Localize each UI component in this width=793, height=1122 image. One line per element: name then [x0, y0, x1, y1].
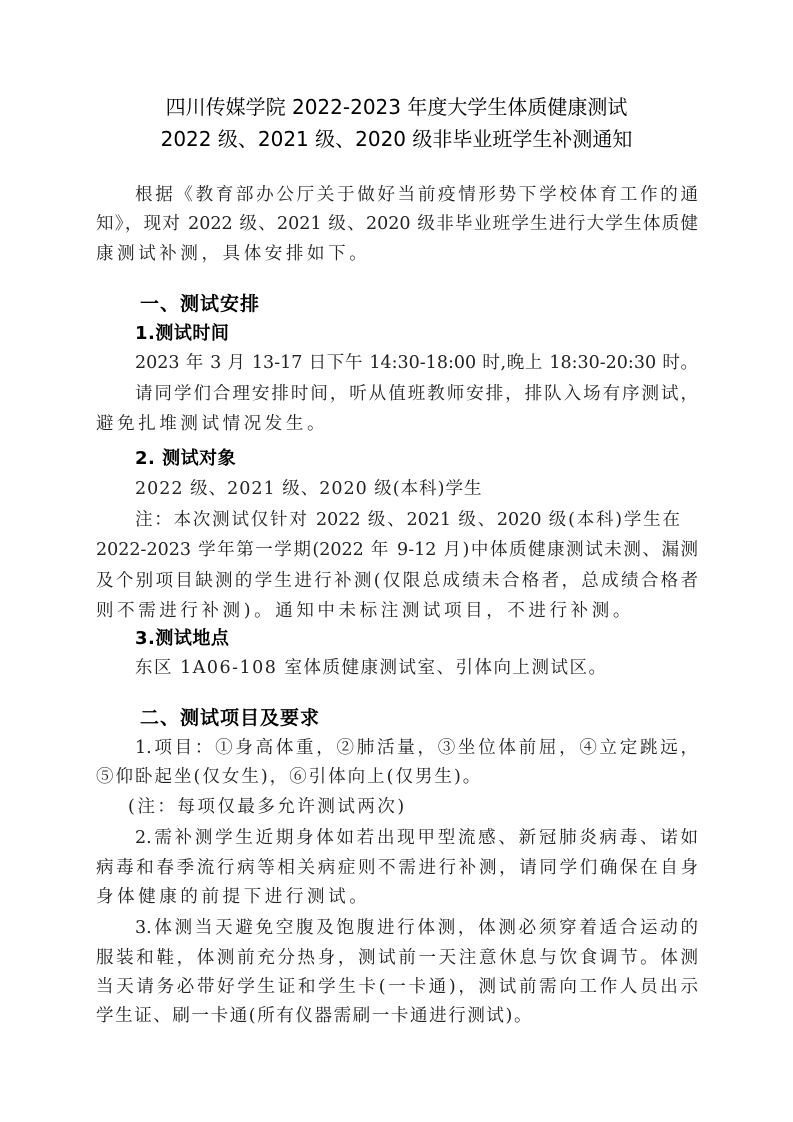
- paragraph-line: 东区 1A06-108 室体质健康测试室、引体向上测试区。: [135, 660, 607, 678]
- paragraph-line: 知》，现对 2022 级、2021 级、2020 级非毕业班学生进行大学生体质健: [96, 216, 698, 234]
- paragraph-line: 当天请务必带好学生证和学生卡(一卡通)，测试前需向工作人员出示: [96, 979, 698, 997]
- paragraph-line: 注：本次测试仅针对 2022 级、2021 级、2020 级(本科)学生在: [135, 512, 680, 530]
- paragraph-line: 则不需进行补测)。通知中未标注测试项目，不进行补测。: [96, 603, 634, 621]
- paragraph-line: 根据《教育部办公厅关于做好当前疫情形势下学校体育工作的通: [135, 187, 698, 205]
- document-title-line-2: 2022 级、2021 级、2020 级非毕业班学生补测通知: [0, 129, 793, 149]
- paragraph-line: 及个别项目缺测的学生进行补测(仅限总成绩未合格者，总成绩合格者: [96, 573, 698, 591]
- paragraph-line: 2023 年 3 月 13-17 日下午 14:30-18:00 时,晚上 18…: [135, 355, 698, 373]
- paragraph-line: 服装和鞋，体测前充分热身，测试前一天注意休息与饮食调节。体测: [96, 950, 698, 968]
- paragraph-line: 身体健康的前提下进行测试。: [96, 889, 370, 907]
- document-page: 四川传媒学院 2022-2023 年度大学生体质健康测试 2022 级、2021…: [0, 0, 793, 1122]
- paragraph-line: 病毒和春季流行病等相关病症则不需进行补测，请同学们确保在自身: [96, 860, 698, 878]
- paragraph-line: ⑤仰卧起坐(仅女生)，⑥引体向上(仅男生)。: [96, 769, 482, 787]
- subheading-test-subjects: 2. 测试对象: [135, 450, 236, 468]
- paragraph-line: 学生证、刷一卡通(所有仪器需刷一卡通进行测试)。: [96, 1008, 533, 1026]
- document-title-line-1: 四川传媒学院 2022-2023 年度大学生体质健康测试: [0, 97, 793, 117]
- paragraph-line: 1.项目：①身高体重，②肺活量，③坐位体前屈，④立定跳远，: [135, 740, 698, 758]
- paragraph-line: 2022-2023 学年第一学期(2022 年 9-12 月)中体质健康测试未测…: [96, 542, 698, 560]
- section-heading-items-requirements: 二、测试项目及要求: [140, 709, 320, 728]
- paragraph-line: 2.需补测学生近期身体如若出现甲型流感、新冠肺炎病毒、诺如: [135, 830, 698, 848]
- note-line: (注：每项仅最多允许测试两次): [128, 799, 407, 817]
- paragraph-line: 避免扎堆测试情况发生。: [96, 416, 328, 434]
- paragraph-line: 2022 级、2021 级、2020 级(本科)学生: [135, 481, 482, 499]
- subheading-test-location: 3.测试地点: [135, 630, 229, 648]
- paragraph-line: 康测试补测，具体安排如下。: [96, 246, 370, 264]
- paragraph-line: 3.体测当天避免空腹及饱腹进行体测，体测必须穿着适合运动的: [135, 920, 698, 938]
- subheading-test-time: 1.测试时间: [135, 325, 229, 343]
- paragraph-line: 请同学们合理安排时间，听从值班教师安排，排队入场有序测试，: [135, 386, 698, 404]
- section-heading-arrangement: 一、测试安排: [140, 295, 260, 314]
